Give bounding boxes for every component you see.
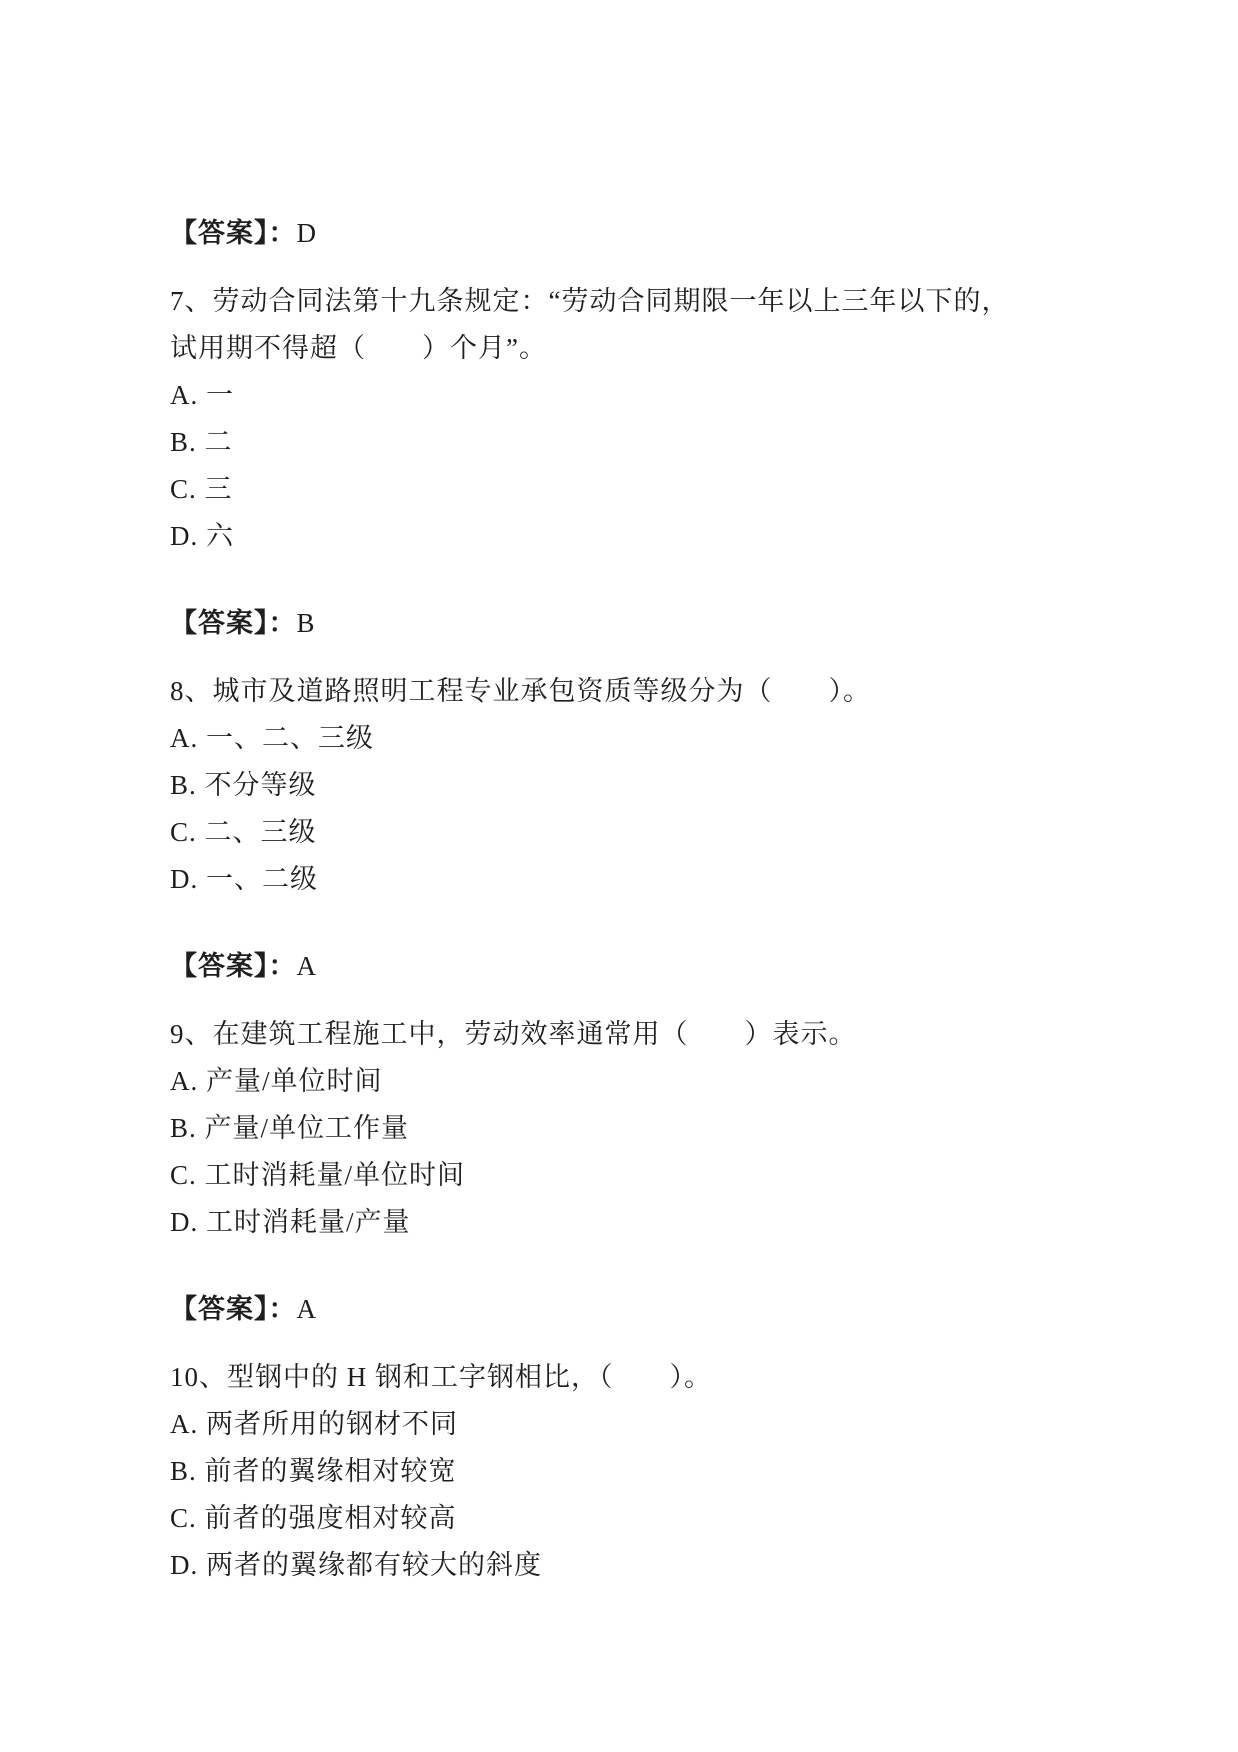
question-8-option-c: C. 二、三级 xyxy=(170,809,1098,856)
question-10: 10、型钢中的 H 钢和工字钢相比，（ ）。 A. 两者所用的钢材不同 B. 前… xyxy=(170,1354,1098,1589)
answer-label: 【答案】： xyxy=(170,951,297,981)
question-9-option-b: B. 产量/单位工作量 xyxy=(170,1105,1098,1152)
exam-document-page: 【答案】：D 7、劳动合同法第十九条规定：“劳动合同期限一年以上三年以下的， 试… xyxy=(0,0,1238,1752)
answer-value: A xyxy=(297,951,318,981)
question-10-option-a: A. 两者所用的钢材不同 xyxy=(170,1401,1098,1448)
question-7-text-line-2: 试用期不得超（ ）个月”。 xyxy=(170,325,1098,372)
question-7-option-c: C. 三 xyxy=(170,466,1098,513)
question-9-text-line-1: 9、在建筑工程施工中，劳动效率通常用（ ）表示。 xyxy=(170,1011,1098,1058)
answer-value: A xyxy=(297,1294,318,1324)
question-7: 7、劳动合同法第十九条规定：“劳动合同期限一年以上三年以下的， 试用期不得超（ … xyxy=(170,278,1098,647)
answer-label: 【答案】： xyxy=(170,1294,297,1324)
question-9: 9、在建筑工程施工中，劳动效率通常用（ ）表示。 A. 产量/单位时间 B. 产… xyxy=(170,1011,1098,1333)
question-8-option-d: D. 一、二级 xyxy=(170,856,1098,903)
question-10-text-line-1: 10、型钢中的 H 钢和工字钢相比，（ ）。 xyxy=(170,1354,1098,1401)
answer-label: 【答案】： xyxy=(170,218,297,248)
answer-label: 【答案】： xyxy=(170,608,297,638)
answer-line-q6: 【答案】：D xyxy=(170,210,1098,257)
answer-line-q9: 【答案】：A xyxy=(170,1286,1098,1333)
question-10-option-d: D. 两者的翼缘都有较大的斜度 xyxy=(170,1542,1098,1589)
answer-value: D xyxy=(297,218,318,248)
question-7-text-line-1: 7、劳动合同法第十九条规定：“劳动合同期限一年以上三年以下的， xyxy=(170,278,1098,325)
question-7-option-b: B. 二 xyxy=(170,419,1098,466)
question-9-option-c: C. 工时消耗量/单位时间 xyxy=(170,1152,1098,1199)
question-7-option-d: D. 六 xyxy=(170,513,1098,560)
answer-value: B xyxy=(297,608,316,638)
question-9-option-a: A. 产量/单位时间 xyxy=(170,1058,1098,1105)
question-10-option-b: B. 前者的翼缘相对较宽 xyxy=(170,1448,1098,1495)
answer-line-q8: 【答案】：A xyxy=(170,943,1098,990)
question-9-option-d: D. 工时消耗量/产量 xyxy=(170,1199,1098,1246)
question-8-text-line-1: 8、城市及道路照明工程专业承包资质等级分为（ ）。 xyxy=(170,668,1098,715)
answer-line-q7: 【答案】：B xyxy=(170,600,1098,647)
question-7-option-a: A. 一 xyxy=(170,372,1098,419)
question-8: 8、城市及道路照明工程专业承包资质等级分为（ ）。 A. 一、二、三级 B. 不… xyxy=(170,668,1098,990)
question-8-option-a: A. 一、二、三级 xyxy=(170,715,1098,762)
question-8-option-b: B. 不分等级 xyxy=(170,762,1098,809)
question-10-option-c: C. 前者的强度相对较高 xyxy=(170,1495,1098,1542)
